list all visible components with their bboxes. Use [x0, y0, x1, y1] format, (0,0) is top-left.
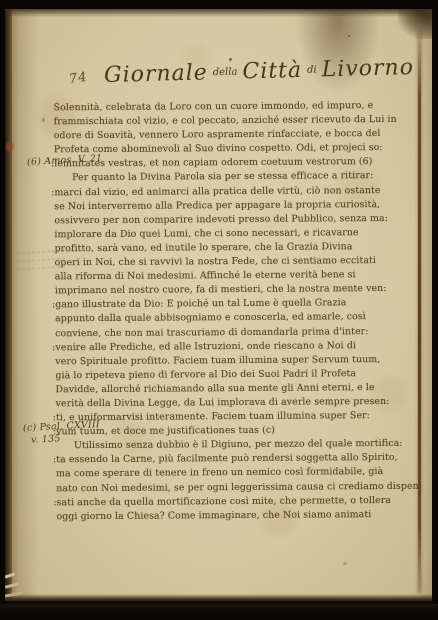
manuscript-body: Solennità, celebrata da Loro con un cuor… — [54, 99, 423, 524]
title-word-della: della — [213, 67, 238, 79]
title-word-livorno: Livorno — [321, 55, 414, 82]
page-title: Giornale della Città di Livorno — [123, 55, 396, 87]
bottom-page-edge — [5, 594, 432, 601]
stain-speck — [343, 562, 347, 565]
stain-speck — [348, 35, 350, 37]
top-edge-shadow — [5, 9, 432, 17]
manuscript-line: imprimano nel nostro cuore, fa di mestie… — [55, 282, 421, 299]
photograph-of-manuscript: 74 Giornale della Città di Livorno (6) A… — [0, 0, 438, 620]
photo-frame-bottom — [0, 604, 438, 620]
manuscript-line: oggi giorno la Chiesa? Come immaginare, … — [56, 507, 422, 524]
manuscript-line: :ti, e uniformarvisi interamente. Faciem… — [53, 409, 422, 426]
ink-stain — [5, 140, 14, 153]
book-page: 74 Giornale della Città di Livorno (6) A… — [5, 9, 432, 601]
photo-frame-left — [0, 0, 5, 620]
manuscript-line: operi in Noi, che si ravvivi la nostra F… — [55, 254, 421, 271]
page-number: 74 — [68, 70, 89, 88]
manuscript-line: vero Spirituale profitto. Faciem tuam il… — [55, 352, 421, 369]
title-word-di: di — [307, 64, 317, 75]
manuscript-line: conviene, che non mai trascuriamo di dom… — [55, 324, 421, 341]
manuscript-line: ossivvero per non comparire indevoti pre… — [54, 211, 420, 228]
title-word-citta: Città — [242, 58, 302, 85]
title-word-giornale: Giornale — [104, 60, 208, 88]
stain-speck — [42, 118, 45, 122]
photo-frame-top — [0, 0, 438, 9]
binding-strip — [5, 9, 12, 601]
